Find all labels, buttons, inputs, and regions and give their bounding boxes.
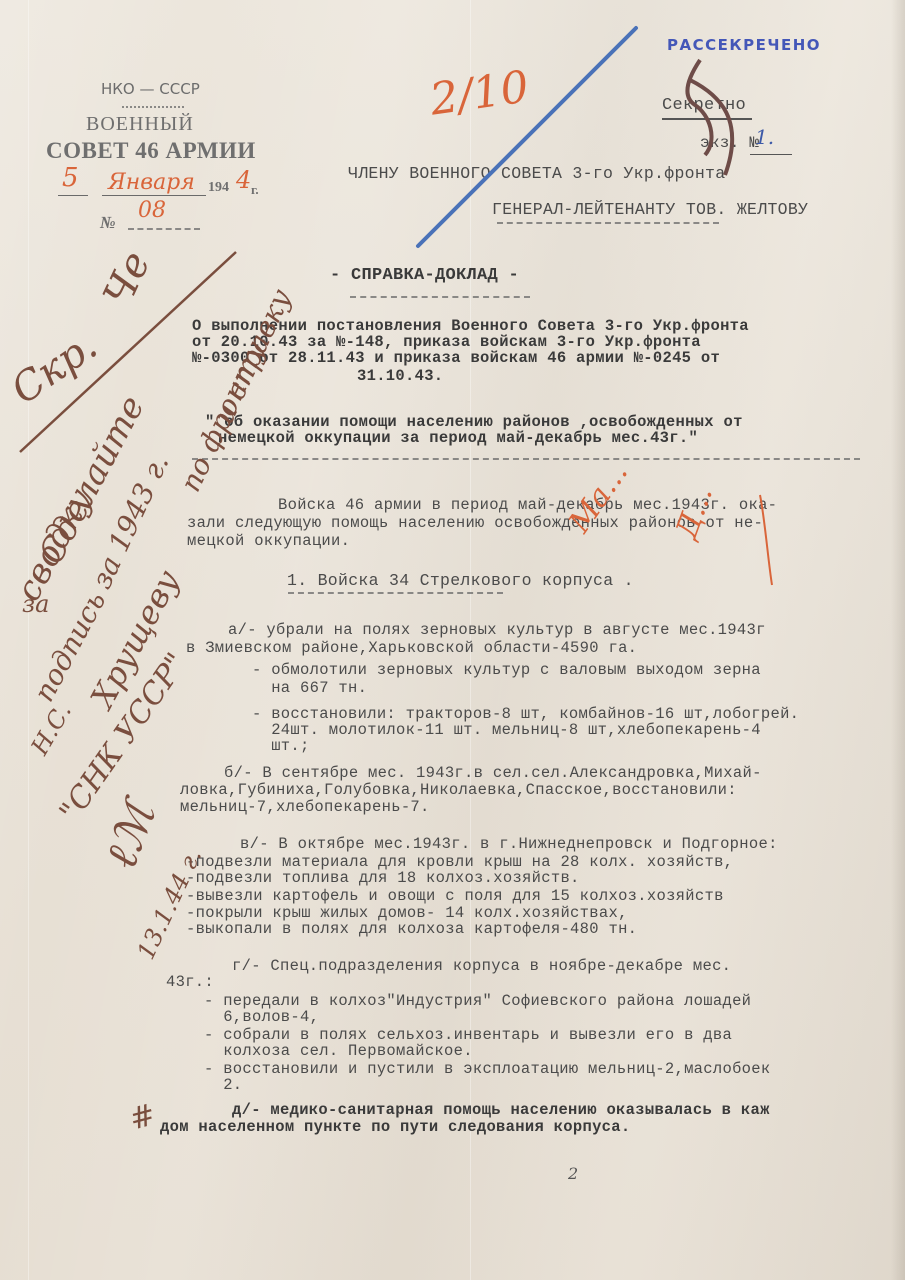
red-pencil-line: [760, 495, 772, 585]
resolution-text: за: [22, 590, 49, 618]
document-page: НКО — СССР ВОЕННЫЙ СОВЕТ 46 АРМИИ 5 Янва…: [0, 0, 905, 1280]
signature-mark: [687, 60, 732, 175]
blue-pencil-strike: [418, 28, 636, 246]
